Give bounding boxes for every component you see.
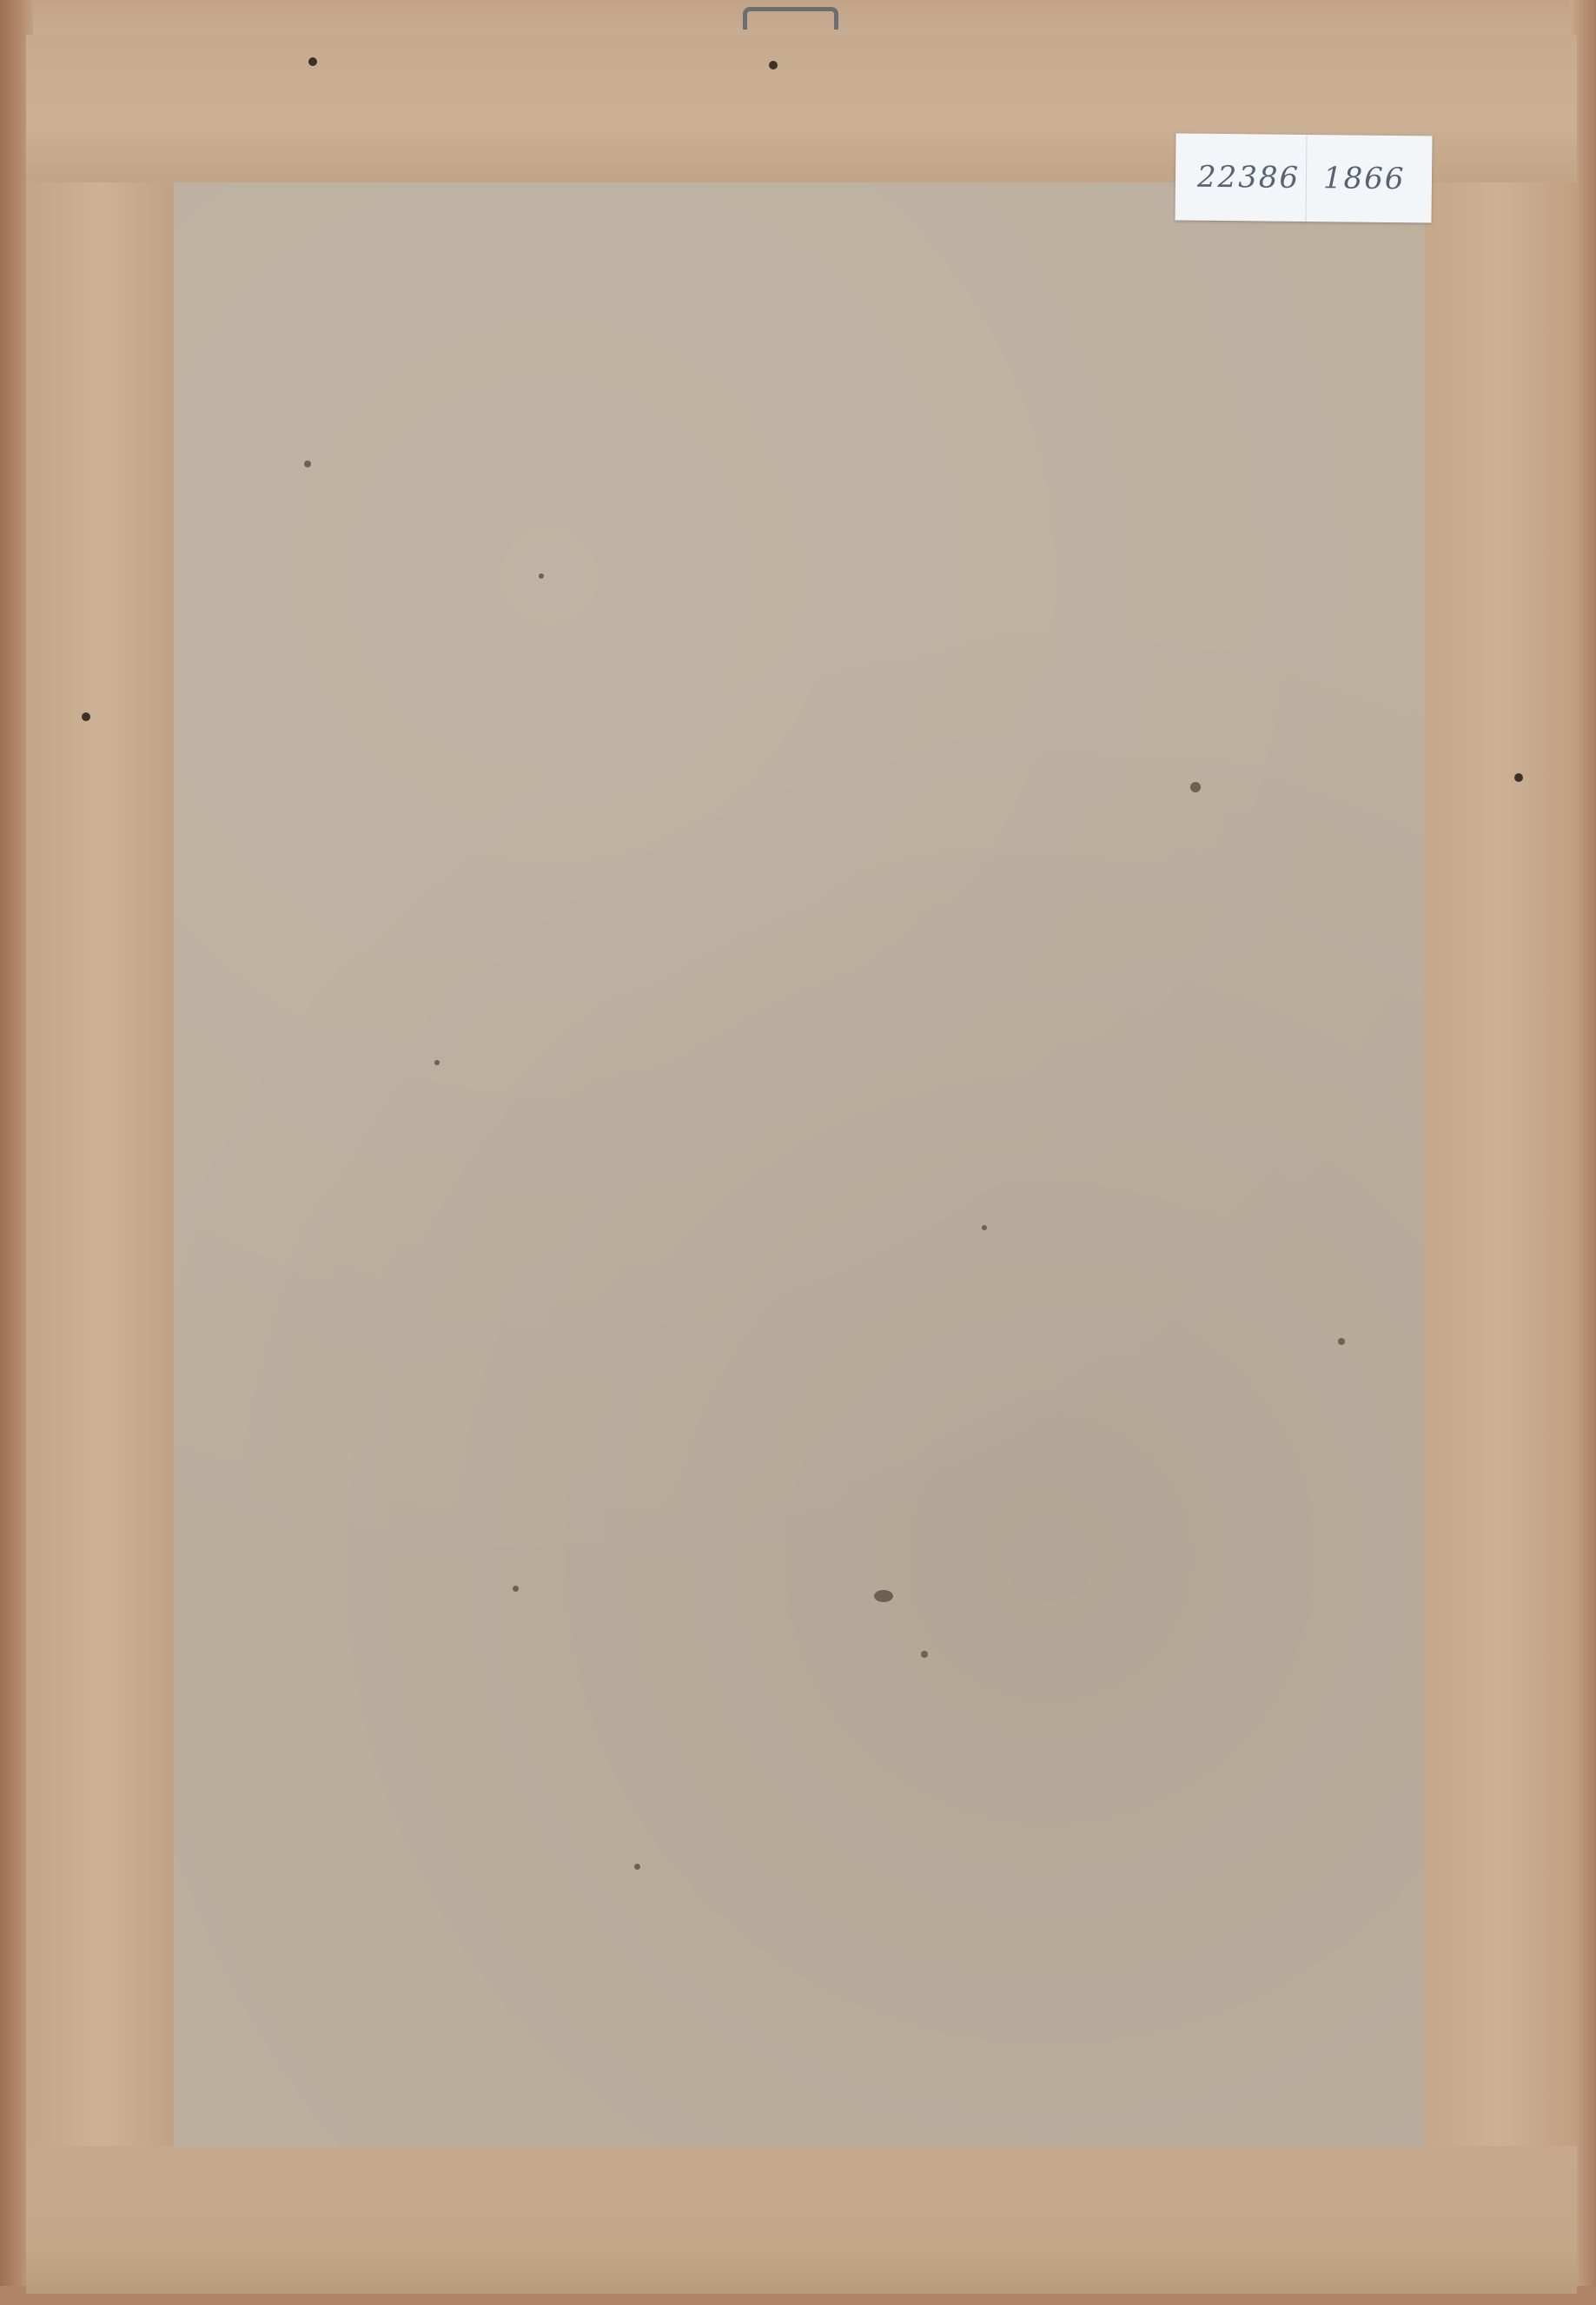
speck <box>434 1060 440 1065</box>
nail-icon <box>1514 773 1523 782</box>
speck <box>539 573 544 579</box>
nail-icon <box>308 57 317 66</box>
inventory-number: 22386 <box>1197 160 1301 195</box>
inventory-label: 22386 1866 <box>1175 133 1432 222</box>
wire-hanger-icon <box>743 7 838 30</box>
speck <box>513 1586 519 1592</box>
speck <box>304 460 311 467</box>
nail-icon <box>82 712 90 721</box>
speck <box>982 1225 987 1230</box>
nail-icon <box>769 61 778 70</box>
speck <box>921 1651 928 1658</box>
kraft-tape-right <box>1425 35 1577 2294</box>
label-seam <box>1305 135 1307 222</box>
label-year: 1866 <box>1323 161 1406 196</box>
speck <box>634 1864 640 1870</box>
speck <box>874 1590 893 1602</box>
kraft-tape-left <box>26 35 178 2294</box>
cardboard-backing <box>174 182 1425 2148</box>
speck <box>1190 782 1201 792</box>
kraft-tape-bottom <box>26 2146 1577 2294</box>
speck <box>1338 1338 1345 1345</box>
